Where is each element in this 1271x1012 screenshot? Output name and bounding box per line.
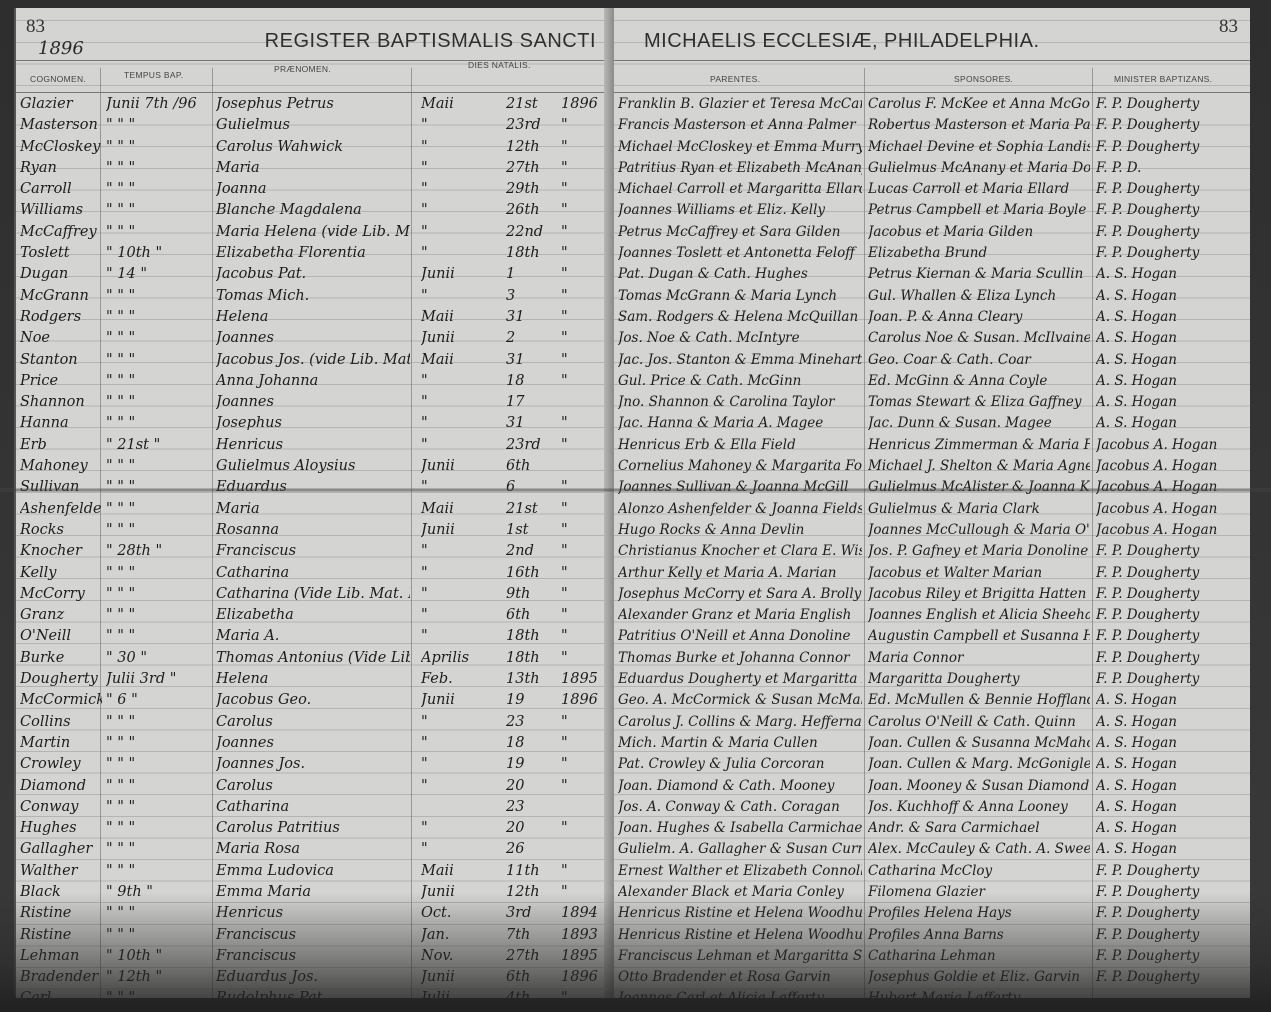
parentes-cell: Joannes Williams et Eliz. Kelly <box>618 200 862 221</box>
right-page-title: MICHAELIS ECCLESIÆ, PHILADELPHIA. <box>644 30 1040 53</box>
table-row: Henricus Ristine et Helena Woodhumer (ac… <box>614 925 1250 946</box>
sponsores-cell: Carolus Noe & Susan. McIlvaine <box>868 328 1090 349</box>
parentes-cell: Alexander Black et Maria Conley <box>618 882 862 903</box>
table-row: Ernest Walther et Elizabeth ConnollyCath… <box>614 861 1250 882</box>
birth-month-cell: Aprilis <box>421 648 491 669</box>
table-row: Otto Bradender et Rosa GarvinJosephus Go… <box>614 967 1250 988</box>
cognomen-cell: Williams <box>20 200 102 221</box>
tempus-bap-cell: " " " <box>106 392 210 413</box>
col-header-dies-natalis: DIES NATALIS. <box>468 60 531 70</box>
table-row: Noe" " "JoannesJunii2" <box>16 328 614 349</box>
birth-day-cell: 18th <box>506 648 556 669</box>
birth-month-cell: " <box>421 712 491 733</box>
table-row: Granz" " "Elizabetha"6th" <box>16 605 614 626</box>
praenomen-cell: Henricus <box>216 435 410 456</box>
praenomen-cell: Maria <box>216 158 410 179</box>
table-row: Conway" " "Catharina23 <box>16 797 614 818</box>
table-row: Shannon" " "Joannes"17 <box>16 392 614 413</box>
praenomen-cell: Maria Rosa <box>216 839 410 860</box>
cognomen-cell: Knocher <box>20 541 102 562</box>
sponsores-cell: Jos. Kuchhoff & Anna Looney <box>868 797 1090 818</box>
birth-month-cell: Maii <box>421 499 491 520</box>
birth-month-cell: Junii <box>421 690 491 711</box>
birth-day-cell: 26 <box>506 839 556 860</box>
minister-cell: A. S. Hogan <box>1096 307 1248 328</box>
col-header-tempus-bap: TEMPUS BAP. <box>124 70 183 80</box>
col-header-cognomen: COGNOMEN. <box>30 74 86 84</box>
praenomen-cell: Jacobus Pat. <box>216 264 410 285</box>
parentes-cell: Geo. A. McCormick & Susan McMahon <box>618 690 862 711</box>
birth-day-cell: 20 <box>506 818 556 839</box>
table-row: Mahoney" " "Gulielmus AloysiusJunii6th <box>16 456 614 477</box>
minister-cell: F. P. Dougherty <box>1096 541 1248 562</box>
tempus-bap-cell: " " " <box>106 626 210 647</box>
header-rule <box>614 92 1250 93</box>
sponsores-cell: Augustin Campbell et Susanna Hughes <box>868 626 1090 647</box>
cognomen-cell: Bradender <box>20 967 102 988</box>
minister-cell: F. P. Dougherty <box>1096 882 1248 903</box>
tempus-bap-cell: " " " <box>106 371 210 392</box>
birth-month-cell: Maii <box>421 350 491 371</box>
cognomen-cell: Lehman <box>20 946 102 967</box>
table-row: Stanton" " "Jacobus Jos. (vide Lib. Mat.… <box>16 350 614 371</box>
birth-month-cell: " <box>421 179 491 200</box>
birth-month-cell: Junii <box>421 520 491 541</box>
table-row: Ashenfelder" " "MariaMaii21st" <box>16 499 614 520</box>
praenomen-cell: Catharina <box>216 563 410 584</box>
table-row: Tomas McGrann & Maria LynchGul. Whallen … <box>614 286 1250 307</box>
tempus-bap-cell: " 9th " <box>106 882 210 903</box>
birth-day-cell: 31 <box>506 350 556 371</box>
birth-month-cell: " <box>421 371 491 392</box>
sponsores-cell: Jacobus Riley et Brigitta Hatten <box>868 584 1090 605</box>
parentes-cell: Patritius O'Neill et Anna Donoline <box>618 626 862 647</box>
birth-month-cell: " <box>421 818 491 839</box>
minister-cell: F. P. Dougherty <box>1096 563 1248 584</box>
birth-day-cell: 23rd <box>506 115 556 136</box>
minister-cell: F. P. Dougherty <box>1096 605 1248 626</box>
praenomen-cell: Joannes Jos. <box>216 754 410 775</box>
sponsores-cell: Jac. Dunn & Susan. Magee <box>868 413 1090 434</box>
table-row: Carl" " "Rudolphus Pat.Julii4th" <box>16 988 614 998</box>
praenomen-cell: Elizabetha <box>216 605 410 626</box>
birth-month-cell: " <box>421 200 491 221</box>
praenomen-cell: Joannes <box>216 328 410 349</box>
parentes-cell: Michael Carroll et Margaritta Ellard <box>618 179 862 200</box>
table-row: McCaffrey" " "Maria Helena (vide Lib. Ma… <box>16 222 614 243</box>
cognomen-cell: Stanton <box>20 350 102 371</box>
sponsores-cell: Michael Devine et Sophia Landis <box>868 137 1090 158</box>
table-row: Williams" " "Blanche Magdalena"26th" <box>16 200 614 221</box>
tempus-bap-cell: " 6 " <box>106 690 210 711</box>
parentes-cell: Gulielm. A. Gallagher & Susan Curran <box>618 839 862 860</box>
baptism-entries-left: GlazierJunii 7th /96Josephus PetrusMaii2… <box>16 94 614 998</box>
cognomen-cell: Walther <box>20 861 102 882</box>
tempus-bap-cell: " " " <box>106 818 210 839</box>
table-row: Rocks" " "RosannaJunii1st" <box>16 520 614 541</box>
parentes-cell: Mich. Martin & Maria Cullen <box>618 733 862 754</box>
sponsores-cell: Elizabetha Brund <box>868 243 1090 264</box>
minister-cell: F. P. Dougherty <box>1096 115 1248 136</box>
minister-cell: A. S. Hogan <box>1096 413 1248 434</box>
birth-day-cell: 11th <box>506 861 556 882</box>
cognomen-cell: Rodgers <box>20 307 102 328</box>
birth-day-cell: 12th <box>506 137 556 158</box>
minister-cell: Jacobus A. Hogan <box>1096 520 1248 541</box>
cognomen-cell: Ristine <box>20 925 102 946</box>
table-row: Michael Carroll et Margaritta EllardLuca… <box>614 179 1250 200</box>
tempus-bap-cell: " " " <box>106 137 210 158</box>
tempus-bap-cell: " " " <box>106 158 210 179</box>
parentes-cell: Joannes Carl et Alicia Lafferty <box>618 988 862 998</box>
minister-cell: A. S. Hogan <box>1096 797 1248 818</box>
sponsores-cell: Michael J. Shelton & Maria Agnew <box>868 456 1090 477</box>
cognomen-cell: Masterson <box>20 115 102 136</box>
praenomen-cell: Catharina <box>216 797 410 818</box>
birth-day-cell: 6th <box>506 605 556 626</box>
parentes-cell: Arthur Kelly et Maria A. Marian <box>618 563 862 584</box>
birth-month-cell: " <box>421 286 491 307</box>
table-row: McGrann" " "Tomas Mich."3" <box>16 286 614 307</box>
table-row: Francis Masterson et Anna PalmerRobertus… <box>614 115 1250 136</box>
birth-month-cell: Maii <box>421 861 491 882</box>
right-page: 83 MICHAELIS ECCLESIÆ, PHILADELPHIA. PAR… <box>614 8 1250 998</box>
birth-month-cell: " <box>421 392 491 413</box>
birth-month-cell: " <box>421 733 491 754</box>
parentes-cell: Michael McCloskey et Emma Murry <box>618 137 862 158</box>
sponsores-cell: Maria Connor <box>868 648 1090 669</box>
sponsores-cell: Margaritta Dougherty <box>868 669 1090 690</box>
sponsores-cell: Hubert Maria Lafferty <box>868 988 1090 998</box>
sponsores-cell: Tomas Stewart & Eliza Gaffney <box>868 392 1090 413</box>
minister-cell: F. P. Dougherty <box>1096 222 1248 243</box>
parentes-cell: Jos. A. Conway & Cath. Coragan <box>618 797 862 818</box>
cognomen-cell: Carl <box>20 988 102 998</box>
praenomen-cell: Gulielmus <box>216 115 410 136</box>
praenomen-cell: Rudolphus Pat. <box>216 988 410 998</box>
table-row: Gul. Price & Cath. McGinnEd. McGinn & An… <box>614 371 1250 392</box>
table-row: Jac. Jos. Stanton & Emma MinehartGeo. Co… <box>614 350 1250 371</box>
birth-month-cell: " <box>421 839 491 860</box>
left-page: 83 1896 REGISTER BAPTISMALIS SANCTI COGN… <box>14 8 614 998</box>
tempus-bap-cell: " 30 " <box>106 648 210 669</box>
birth-month-cell: Junii <box>421 967 491 988</box>
table-row: Masterson" " "Gulielmus"23rd" <box>16 115 614 136</box>
table-row: Martin" " "Joannes"18" <box>16 733 614 754</box>
birth-month-cell: " <box>421 137 491 158</box>
table-row: Burke" 30 "Thomas Antonius (Vide Lib. Ma… <box>16 648 614 669</box>
birth-day-cell: 4th <box>506 988 556 998</box>
tempus-bap-cell: " " " <box>106 563 210 584</box>
parentes-cell: Cornelius Mahoney & Margarita Ford <box>618 456 862 477</box>
minister-cell: F. P. Dougherty <box>1096 669 1248 690</box>
birth-day-cell: 23 <box>506 712 556 733</box>
tempus-bap-cell: " 10th " <box>106 243 210 264</box>
birth-month-cell: Feb. <box>421 669 491 690</box>
birth-month-cell: Junii <box>421 456 491 477</box>
table-row: Jos. A. Conway & Cath. CoraganJos. Kuchh… <box>614 797 1250 818</box>
tempus-bap-cell: " " " <box>106 413 210 434</box>
right-page-number: 83 <box>1219 16 1238 38</box>
praenomen-cell: Joannes <box>216 392 410 413</box>
header-rule <box>16 92 614 93</box>
cognomen-cell: Conway <box>20 797 102 818</box>
birth-month-cell: Maii <box>421 307 491 328</box>
cognomen-cell: Burke <box>20 648 102 669</box>
sponsores-cell: Jacobus et Walter Marian <box>868 563 1090 584</box>
sponsores-cell: Catharina McCloy <box>868 861 1090 882</box>
minister-cell: Jacobus A. Hogan <box>1096 456 1248 477</box>
parentes-cell: Petrus McCaffrey et Sara Gilden <box>618 222 862 243</box>
praenomen-cell: Maria A. <box>216 626 410 647</box>
sponsores-cell: Gul. Whallen & Eliza Lynch <box>868 286 1090 307</box>
birth-day-cell: 13th <box>506 669 556 690</box>
cognomen-cell: Crowley <box>20 754 102 775</box>
cognomen-cell: Ryan <box>20 158 102 179</box>
praenomen-cell: Helena <box>216 307 410 328</box>
table-row: Diamond" " "Carolus"20" <box>16 776 614 797</box>
parentes-cell: Henricus Ristine et Helena Woodhumer (ac… <box>618 925 862 946</box>
minister-cell: A. S. Hogan <box>1096 733 1248 754</box>
parentes-cell: Franciscus Lehman et Margaritta Stockman <box>618 946 862 967</box>
table-row: Henricus Ristine et Helena Woodhumer (ac… <box>614 903 1250 924</box>
parentes-cell: Eduardus Dougherty et Margaritta Mifflin <box>618 669 862 690</box>
table-row: Joannes Williams et Eliz. KellyPetrus Ca… <box>614 200 1250 221</box>
cognomen-cell: Kelly <box>20 563 102 584</box>
table-row: Hugo Rocks & Anna DevlinJoannes McCullou… <box>614 520 1250 541</box>
tempus-bap-cell: " " " <box>106 328 210 349</box>
cognomen-cell: Hanna <box>20 413 102 434</box>
praenomen-cell: Franciscus <box>216 541 410 562</box>
praenomen-cell: Anna Johanna <box>216 371 410 392</box>
parentes-cell: Ernest Walther et Elizabeth Connolly <box>618 861 862 882</box>
parentes-cell: Joan. Diamond & Cath. Mooney <box>618 776 862 797</box>
birth-day-cell: 1 <box>506 264 556 285</box>
cognomen-cell: Hughes <box>20 818 102 839</box>
birth-day-cell: 29th <box>506 179 556 200</box>
birth-month-cell: " <box>421 584 491 605</box>
table-row: Joannes Toslett et Antonetta FeloffEliza… <box>614 243 1250 264</box>
sponsores-cell: Ed. McGinn & Anna Coyle <box>868 371 1090 392</box>
praenomen-cell: Helena <box>216 669 410 690</box>
cognomen-cell: McCaffrey <box>20 222 102 243</box>
birth-month-cell: " <box>421 563 491 584</box>
praenomen-cell: Elizabetha Florentia <box>216 243 410 264</box>
praenomen-cell: Carolus Patritius <box>216 818 410 839</box>
table-row: Hanna" " "Josephus"31" <box>16 413 614 434</box>
tempus-bap-cell: " " " <box>106 350 210 371</box>
birth-day-cell: 18 <box>506 733 556 754</box>
birth-month-cell: Nov. <box>421 946 491 967</box>
praenomen-cell: Tomas Mich. <box>216 286 410 307</box>
birth-day-cell: 31 <box>506 307 556 328</box>
table-row: Price" " "Anna Johanna"18" <box>16 371 614 392</box>
birth-month-cell: Oct. <box>421 903 491 924</box>
birth-day-cell: 7th <box>506 925 556 946</box>
birth-day-cell: 6th <box>506 456 556 477</box>
minister-cell: F. P. Dougherty <box>1096 584 1248 605</box>
parentes-cell: Joannes Toslett et Antonetta Feloff <box>618 243 862 264</box>
sponsores-cell: Filomena Glazier <box>868 882 1090 903</box>
table-row: Mich. Martin & Maria CullenJoan. Cullen … <box>614 733 1250 754</box>
minister-cell: A. S. Hogan <box>1096 776 1248 797</box>
praenomen-cell: Emma Maria <box>216 882 410 903</box>
tempus-bap-cell: " " " <box>106 200 210 221</box>
minister-cell: F. P. Dougherty <box>1096 179 1248 200</box>
parentes-cell: Christianus Knocher et Clara E. Wisler <box>618 541 862 562</box>
sponsores-cell: Ed. McMullen & Bennie Hoffland <box>868 690 1090 711</box>
cognomen-cell: Diamond <box>20 776 102 797</box>
table-row: Hughes" " "Carolus Patritius"20" <box>16 818 614 839</box>
cognomen-cell: Shannon <box>20 392 102 413</box>
parentes-cell: Henricus Erb & Ella Field <box>618 435 862 456</box>
table-row: Carolus J. Collins & Marg. HeffernanCaro… <box>614 712 1250 733</box>
cognomen-cell: Glazier <box>20 94 102 115</box>
praenomen-cell: Jacobus Geo. <box>216 690 410 711</box>
birth-day-cell: 17 <box>506 392 556 413</box>
birth-month-cell: " <box>421 158 491 179</box>
table-row: Sam. Rodgers & Helena McQuillanJoan. P. … <box>614 307 1250 328</box>
cognomen-cell: Erb <box>20 435 102 456</box>
table-row: Pat. Crowley & Julia CorcoranJoan. Culle… <box>614 754 1250 775</box>
minister-cell: A. S. Hogan <box>1096 818 1248 839</box>
praenomen-cell: Franciscus <box>216 946 410 967</box>
cognomen-cell: Carroll <box>20 179 102 200</box>
minister-cell: A. S. Hogan <box>1096 754 1248 775</box>
cognomen-cell: McCormick <box>20 690 102 711</box>
table-row: Ristine" " "HenricusOct.3rd1894 <box>16 903 614 924</box>
table-row: Bradender" 12th "Eduardus Jos.Junii6th18… <box>16 967 614 988</box>
praenomen-cell: Franciscus <box>216 925 410 946</box>
birth-month-cell: " <box>421 115 491 136</box>
cognomen-cell: Granz <box>20 605 102 626</box>
table-row: Jos. Noe & Cath. McIntyreCarolus Noe & S… <box>614 328 1250 349</box>
tempus-bap-cell: " " " <box>106 776 210 797</box>
parentes-cell: Josephus McCorry et Sara A. Brolly <box>618 584 862 605</box>
birth-day-cell: 23rd <box>506 435 556 456</box>
praenomen-cell: Thomas Antonius (Vide Lib. Mat. P.153, 1… <box>216 648 410 669</box>
minister-cell: Jacobus A. Hogan <box>1096 435 1248 456</box>
tempus-bap-cell: " " " <box>106 712 210 733</box>
table-row: Arthur Kelly et Maria A. MarianJacobus e… <box>614 563 1250 584</box>
sponsores-cell: Gulielmus & Maria Clark <box>868 499 1090 520</box>
minister-cell: A. S. Hogan <box>1096 712 1248 733</box>
table-row: Ryan" " "Maria"27th" <box>16 158 614 179</box>
cognomen-cell: Collins <box>20 712 102 733</box>
cognomen-cell: Dougherty <box>20 669 102 690</box>
header-rule <box>614 60 1250 61</box>
cognomen-cell: Rocks <box>20 520 102 541</box>
tempus-bap-cell: Julii 3rd " <box>106 669 210 690</box>
cognomen-cell: Martin <box>20 733 102 754</box>
table-row: Michael McCloskey et Emma MurryMichael D… <box>614 137 1250 158</box>
minister-cell: A. S. Hogan <box>1096 328 1248 349</box>
birth-month-cell: " <box>421 626 491 647</box>
tempus-bap-cell: " " " <box>106 733 210 754</box>
col-header-praenomen: PRÆNOMEN. <box>274 64 331 74</box>
praenomen-cell: Josephus Petrus <box>216 94 410 115</box>
table-row: Geo. A. McCormick & Susan McMahonEd. McM… <box>614 690 1250 711</box>
table-row: Alexander Black et Maria ConleyFilomena … <box>614 882 1250 903</box>
table-row: Gulielm. A. Gallagher & Susan CurranAlex… <box>614 839 1250 860</box>
table-row: Joan. Diamond & Cath. MooneyJoan. Mooney… <box>614 776 1250 797</box>
parentes-cell: Francis Masterson et Anna Palmer <box>618 115 862 136</box>
praenomen-cell: Henricus <box>216 903 410 924</box>
cognomen-cell: Ashenfelder <box>20 499 102 520</box>
minister-cell: A. S. Hogan <box>1096 392 1248 413</box>
sponsores-cell: Catharina Lehman <box>868 946 1090 967</box>
minister-cell: F. P. Dougherty <box>1096 946 1248 967</box>
minister-cell: A. S. Hogan <box>1096 371 1248 392</box>
minister-cell: F. P. Dougherty <box>1096 861 1248 882</box>
birth-month-cell: " <box>421 754 491 775</box>
praenomen-cell: Catharina (Vide Lib. Mat. P.156, 1917) <box>216 584 410 605</box>
register-year: 1896 <box>38 38 84 59</box>
tempus-bap-cell: Junii 7th /96 <box>106 94 210 115</box>
left-page-number: 83 <box>26 16 45 38</box>
sponsores-cell: Gulielmus McAnany et Maria Dougherty <box>868 158 1090 179</box>
parentes-cell: Pat. Dugan & Cath. Hughes <box>618 264 862 285</box>
sponsores-cell: Profiles Helena Hays <box>868 903 1090 924</box>
parentes-cell: Jac. Jos. Stanton & Emma Minehart <box>618 350 862 371</box>
sponsores-cell: Josephus Goldie et Eliz. Garvin <box>868 967 1090 988</box>
table-row: Dugan" 14 "Jacobus Pat.Junii1" <box>16 264 614 285</box>
tempus-bap-cell: " " " <box>106 861 210 882</box>
parentes-cell: Franklin B. Glazier et Teresa McCann <box>618 94 862 115</box>
birth-month-cell: " <box>421 435 491 456</box>
table-row: McCloskey" " "Carolus Wahwick"12th" <box>16 137 614 158</box>
page-crease <box>0 488 1271 492</box>
table-row: Patritius O'Neill et Anna DonolineAugust… <box>614 626 1250 647</box>
parentes-cell: Thomas Burke et Johanna Connor <box>618 648 862 669</box>
birth-month-cell: " <box>421 605 491 626</box>
table-row: Jno. Shannon & Carolina TaylorTomas Stew… <box>614 392 1250 413</box>
tempus-bap-cell: " " " <box>106 797 210 818</box>
parentes-cell: Joan. Hughes & Isabella Carmichael <box>618 818 862 839</box>
minister-cell: F. P. Dougherty <box>1096 967 1248 988</box>
birth-day-cell: 23 <box>506 797 556 818</box>
birth-day-cell: 9th <box>506 584 556 605</box>
table-row: Knocher" 28th "Franciscus"2nd" <box>16 541 614 562</box>
cognomen-cell: Price <box>20 371 102 392</box>
parentes-cell: Patritius Ryan et Elizabeth McAnany <box>618 158 862 179</box>
table-row: Patritius Ryan et Elizabeth McAnanyGulie… <box>614 158 1250 179</box>
tempus-bap-cell: " " " <box>106 584 210 605</box>
birth-day-cell: 3rd <box>506 903 556 924</box>
sponsores-cell: Joan. Mooney & Susan Diamond <box>868 776 1090 797</box>
tempus-bap-cell: " " " <box>106 754 210 775</box>
sponsores-cell: Geo. Coar & Cath. Coar <box>868 350 1090 371</box>
sponsores-cell: Carolus F. McKee et Anna McGoldrick <box>868 94 1090 115</box>
minister-cell: F. P. Dougherty <box>1096 903 1248 924</box>
minister-cell: F. P. Dougherty <box>1096 648 1248 669</box>
birth-month-cell: Junii <box>421 328 491 349</box>
praenomen-cell: Maria <box>216 499 410 520</box>
cognomen-cell: Toslett <box>20 243 102 264</box>
tempus-bap-cell: " " " <box>106 520 210 541</box>
tempus-bap-cell: " " " <box>106 307 210 328</box>
birth-month-cell: Jan. <box>421 925 491 946</box>
parentes-cell: Pat. Crowley & Julia Corcoran <box>618 754 862 775</box>
praenomen-cell: Rosanna <box>216 520 410 541</box>
birth-day-cell: 6th <box>506 967 556 988</box>
birth-day-cell: 2nd <box>506 541 556 562</box>
birth-month-cell: Junii <box>421 882 491 903</box>
sponsores-cell: Joan. Cullen & Susanna McMahon <box>868 733 1090 754</box>
cognomen-cell: Ristine <box>20 903 102 924</box>
birth-day-cell: 2 <box>506 328 556 349</box>
minister-cell: F. P. Dougherty <box>1096 94 1248 115</box>
